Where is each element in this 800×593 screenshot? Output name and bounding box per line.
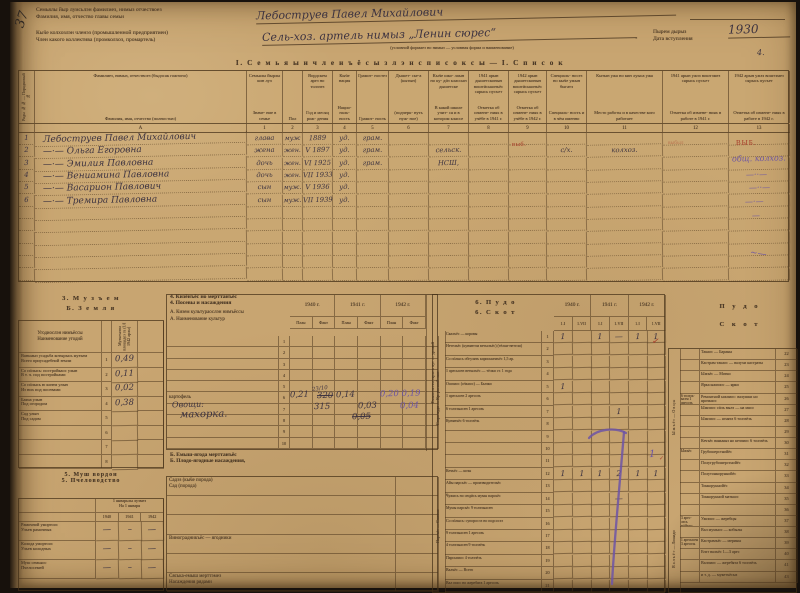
member-sex: жен. <box>283 145 303 158</box>
crop-cell <box>313 359 336 370</box>
member-col9 <box>509 219 547 232</box>
date-subcol: 1.VII <box>647 317 666 331</box>
crop-value: 0,03 <box>358 401 377 411</box>
catalog-category: Ужпиос — жеребцы <box>700 516 776 527</box>
count-1940-jan <box>554 480 573 493</box>
count-1941-jan <box>591 405 610 418</box>
member-col8 <box>469 231 509 244</box>
member-col8 <box>469 182 509 195</box>
crop-name <box>167 426 279 437</box>
bees-row-label: Рамочной умортоос Ульев рамочных <box>19 522 96 541</box>
crop-value: 315 <box>314 402 330 412</box>
member-speciality <box>547 182 587 195</box>
catalog-row-number: 33 <box>776 471 798 482</box>
land-row: 8 <box>19 455 163 470</box>
livestock-row-number: 18 <box>542 542 554 554</box>
catalog-row: Кастрам такаос — валухи кастраты 23 <box>680 360 798 371</box>
crop-cell <box>313 347 336 358</box>
land-row-label: Бакча улын Под огородом <box>19 397 102 412</box>
catalog-subgroup <box>680 360 700 371</box>
catalog-row: Ыжпиос — ягнята 6 толэзёзь 28 <box>680 416 798 427</box>
crop-value-purple: 0,20 0,19 <box>380 389 421 400</box>
crop-cell <box>403 415 426 426</box>
plan-fact-header: Факт <box>358 317 381 329</box>
members-header-row: Ряды №№ — Порядковый № Фамилиез, нимыз, … <box>19 71 788 124</box>
livestock-row-number: 2 <box>542 343 554 355</box>
crop-name <box>167 336 279 347</box>
land-header-label: Угодиослэн нимъёссы Наименование угодий <box>19 321 102 353</box>
member-birth: VII 1933 <box>303 170 333 183</box>
family-members-table: Ряды №№ — Порядковый № Фамилиез, нимыз, … <box>18 70 789 282</box>
count-1940-jan <box>554 517 573 530</box>
member-relation: дочь <box>247 157 283 170</box>
member-literacy: грам. <box>357 145 389 158</box>
garden-row-label: Виноградникъёс — ягодники <box>167 535 396 554</box>
catalog-row: Ыжъёс Грубошерстнойёс 31 <box>680 449 798 460</box>
crop-handwritten-name: махорка. <box>180 409 228 421</box>
member-nationality <box>333 232 357 245</box>
catalog-row-number: 26 <box>776 394 798 405</box>
member-ordinal <box>19 269 35 282</box>
member-row: 5 —·— Васарион Павлович сын муж. V 1936 … <box>19 182 788 194</box>
members-header-cells: Фамилиез, нимыз, отчествоез (быдэсак гож… <box>35 71 790 123</box>
garden-row: Сяська-емыш мерттэмез Насаждения рядами <box>167 573 437 592</box>
crop-cell <box>290 359 313 370</box>
livestock-row: Нетельёс (кунянтэм ветылъёс) (тёлки-нете… <box>445 343 666 355</box>
count-1940-jan <box>554 405 573 418</box>
land-row-extra <box>138 426 164 441</box>
land-row-value: 0,02 <box>112 382 138 397</box>
member-sex <box>283 219 303 232</box>
catalog-row: 6 толэзь- ысен 1 аресозь Ремонтной ыжпио… <box>680 394 798 405</box>
crop-cell <box>381 415 404 426</box>
members-header-cell: 1942 арын дышетсконын воштӥськонъёс сяры… <box>509 71 547 123</box>
livestock-row-label <box>445 431 542 443</box>
crop-value: 0,14 <box>336 390 355 400</box>
count-1940-jan <box>554 368 573 381</box>
member-relation <box>247 219 283 232</box>
collective-label: Кыӵе колхозлэн членэз (промышленной пред… <box>36 30 254 44</box>
catalog-row-number: 36 <box>776 505 798 516</box>
count-1942-jan <box>628 393 647 406</box>
count-1942-jan <box>628 356 647 369</box>
catalog-subgroup <box>680 505 700 516</box>
bees-section-title: 5. Муш вордон 5. Пчеловодство <box>18 472 164 484</box>
bees-value-1941: – <box>118 560 141 579</box>
member-ordinal: 3 <box>19 158 35 171</box>
crop-cell <box>358 336 381 347</box>
count-1940-jan <box>554 443 573 456</box>
livestock-row-number: 9 <box>542 431 554 443</box>
ditto-mark: —··— <box>749 183 770 192</box>
catalog-row: Полутонкоруннойёс 33 <box>680 471 798 482</box>
crop-row-number: 7 <box>279 404 290 415</box>
count-1942-jul <box>647 517 666 530</box>
members-list-band-title: I. С е м ь я ы н ч л е н ъ ё с ы з л э н… <box>120 59 680 67</box>
member-ordinal: 5 <box>19 182 35 195</box>
sheep-group-label: Ы ж ъ ё с — О в ц ы <box>672 357 677 477</box>
crop-cell <box>403 359 426 370</box>
count-1942-jul <box>647 356 666 369</box>
members-header-cell: 1941 арын ужзэ воштэмез сярысь пусъет От… <box>663 71 729 123</box>
member-nationality <box>333 244 357 257</box>
member-sex <box>283 269 303 282</box>
count-1940-jan: 1 <box>554 468 573 481</box>
catalog-category: Тонкорунной маткаос <box>700 494 776 505</box>
count-1940-jan <box>554 393 573 406</box>
crop-row-number: 3 <box>279 359 290 370</box>
land-row-extra <box>138 411 164 426</box>
crop-row-number: 4 <box>279 370 290 381</box>
catalog-rows: Такаос — Бараны 22 Кастрам такаос — валу… <box>680 349 798 583</box>
crop-row-number: 9 <box>279 426 290 437</box>
count-1940-jan <box>554 567 573 580</box>
livestock-row-number: 7 <box>542 406 554 418</box>
count-1940-jan: 1 <box>554 381 573 394</box>
members-header-cell: 1941 арын дышетсконын воштӥськонъёс сяры… <box>469 71 509 123</box>
member-col8 <box>469 256 509 269</box>
bees-table: 1 январьлы луэмез На 1 января 1940 1941 … <box>18 498 164 591</box>
livestock-row-number: 16 <box>542 518 554 530</box>
catalog-row: 3 арес- лэсь мӧйыос Ужпиос — жеребцы 37 <box>680 516 798 527</box>
member-relation: жена <box>247 145 283 158</box>
bees-years-row: 1940 1941 1942 <box>19 513 163 522</box>
join-date-value: 1930 <box>728 21 790 38</box>
livestock-row-number: 13 <box>542 480 554 492</box>
crop-cell <box>403 347 426 358</box>
crops-row: 9 <box>167 426 439 437</box>
livestock-row-label <box>445 443 542 455</box>
member-col12 <box>663 145 729 159</box>
member-nationality <box>333 219 357 232</box>
catalog-subgroup <box>680 405 700 416</box>
crop-cell <box>403 438 426 449</box>
livestock-row-label: Скалъёс — коровы <box>445 331 542 343</box>
member-col9 <box>509 256 547 269</box>
livestock-row-number: 20 <box>542 567 554 579</box>
crop-cell <box>403 426 426 437</box>
member-col9 <box>509 182 547 195</box>
member-sex <box>283 244 303 257</box>
catalog-row: Вал мумыос — кобылы 38 <box>680 527 798 538</box>
land-row-number: 3 <box>102 382 112 397</box>
land-row-number: 8 <box>102 455 112 470</box>
garden-section-title: Б. Емыш-ягода мерттанъёс Б. Плодо-ягодны… <box>170 452 434 464</box>
livestock-row-label: Мумы парсьёс 9 толэзьысен <box>445 505 542 517</box>
member-col12 <box>663 268 729 282</box>
member-row <box>19 232 788 244</box>
member-speciality <box>547 157 587 170</box>
catalog-row-number: 41 <box>776 560 798 571</box>
member-nationality <box>333 207 357 220</box>
catalog-row: Ярка ыжпиос — ярки 25 <box>680 382 798 393</box>
member-school <box>429 256 469 269</box>
member-col9 <box>509 194 547 207</box>
livestock-years-row: 1940 г. 1941 г. 1942 г. <box>554 295 666 317</box>
land-row-number: 4 <box>102 397 112 412</box>
crops-row: 1 <box>167 336 439 347</box>
member-ordinal <box>19 244 35 257</box>
catalog-row-number: 34 <box>776 483 798 494</box>
livestock-row-label: Кунянъёс 6 толэзёзь <box>445 418 542 430</box>
land-row-label: Со пӧлысь ю кизем улын Из них под посева… <box>19 382 102 397</box>
crop-cell <box>381 336 404 347</box>
member-ordinal <box>19 256 35 269</box>
member-literacy <box>357 231 389 244</box>
crop-cell <box>313 336 336 347</box>
member-nationality: уд. <box>333 170 357 183</box>
catalog-subgroup: 6 толэзь- ысен 1 аресозь <box>680 394 700 405</box>
crops-row: 3 <box>167 359 439 370</box>
count-1940-jan: 1 <box>554 331 573 344</box>
crops-year: 1941 г. <box>335 295 380 317</box>
member-nationality: уд. <box>333 145 357 158</box>
catalog-category: и т. д. — мукетъёсыз <box>700 572 776 583</box>
member-sex: муж. <box>283 195 303 208</box>
crop-row-number: 1 <box>279 336 290 347</box>
crop-cell <box>358 359 381 370</box>
land-row-value: 0,38 <box>112 396 138 411</box>
catalog-row-number: 23 <box>776 360 798 371</box>
column-number: 1 <box>247 124 283 133</box>
land-row-number: 1 <box>102 353 112 368</box>
member-speciality: с/х. <box>547 145 587 158</box>
catalog-row-number: 40 <box>776 549 798 560</box>
crop-cell <box>335 347 358 358</box>
land-row-label: Ваньмыз усадьба котырысь музъем Всего пр… <box>19 353 102 368</box>
count-1941-jul <box>610 381 629 394</box>
member-ordinal <box>19 219 35 232</box>
count-1942-jan: 1 <box>628 331 647 344</box>
catalog-subgroup <box>680 416 700 427</box>
livestock-row-label: Парсьпиос 4 толэзёзь <box>445 555 542 567</box>
purple-count-mark: 1 <box>649 449 656 460</box>
member-col6 <box>389 182 429 195</box>
crop-cell <box>335 370 358 381</box>
crops-table: 1940 г. 1941 г. 1942 г. ПланФактПланФакт… <box>166 294 438 450</box>
member-school <box>429 231 469 244</box>
members-header-cell: Семьялы йырлы кин луэ Значе- ние в семье <box>247 71 283 123</box>
bees-years-empty <box>19 513 96 522</box>
count-1940-jan <box>554 418 573 431</box>
column-number: 7 <box>429 124 469 133</box>
crop-cell <box>313 415 336 426</box>
crop-value: 0,21 <box>290 390 309 400</box>
column-number: 5 <box>357 124 389 133</box>
members-header-cell: Кытын ужа но кин луыса ужа Место работы … <box>587 71 663 123</box>
catalog-subgroup <box>680 471 700 482</box>
member-ordinal <box>19 207 35 220</box>
count-1940-jul <box>573 331 592 344</box>
member-relation: сын <box>247 182 283 195</box>
garden-row <box>167 496 437 515</box>
catalog-row: Ыжъёс — Матки 24 <box>680 371 798 382</box>
land-row: Ваньмыз усадьба котырысь музъем Всего пр… <box>19 353 163 368</box>
member-sex <box>283 232 303 245</box>
count-1941-jan <box>591 356 610 369</box>
date-subcol: 1.VII <box>573 317 592 331</box>
member-speciality <box>547 256 587 269</box>
catalog-row-number: 35 <box>776 494 798 505</box>
ditto-mark: — <box>752 211 760 220</box>
land-row: Бакча улын Под огородом 4 0,38 <box>19 397 163 412</box>
crops-row: 2 <box>167 347 439 358</box>
member-birth <box>303 219 333 232</box>
catalog-category: Полугрубошерстнойёс <box>700 460 776 471</box>
count-1940-jan <box>554 430 573 443</box>
garden-row-label: Сяська-емыш мерттэмез Насаждения рядами <box>167 573 396 592</box>
crop-name <box>167 381 279 392</box>
count-1942-jul <box>647 480 666 493</box>
members-rows: 1 Лебоструев Павел Михайлович глава муж … <box>19 133 788 281</box>
catalog-category: Кечъёс ваньмыз но кечпиос 6 толэзёзь <box>700 438 776 449</box>
crop-cell <box>290 336 313 347</box>
member-col6 <box>389 145 429 158</box>
land-header: Угодиослэн нимъёссы Наименование угодий … <box>19 321 163 353</box>
count-1940-jul <box>573 356 592 369</box>
crop-cell <box>335 426 358 437</box>
plan-fact-header: План <box>335 317 358 329</box>
plan-fact-header: План <box>381 317 404 329</box>
livestock-year: 1940 г. <box>554 295 591 317</box>
bees-row-label: Колода умортоос Ульев колодных <box>19 541 96 560</box>
livestock-row-number: 15 <box>542 505 554 517</box>
member-col6 <box>389 219 429 232</box>
count-1941-jul <box>610 356 629 369</box>
member-literacy <box>357 256 389 269</box>
count-1940-jan <box>554 580 573 593</box>
land-row-value <box>112 425 138 440</box>
catalog-category: Полутонкоруннойёс <box>700 471 776 482</box>
catalog-subgroup: Ыжъёс <box>680 449 700 460</box>
land-header-spacer2 <box>138 321 164 353</box>
member-birth <box>303 231 333 244</box>
livestock-row-number: 3 <box>542 356 554 368</box>
catalog-row: Тонкорунной маткаос 35 <box>680 494 798 505</box>
count-1941-jul <box>610 343 629 356</box>
bees-year: 1941 <box>119 513 142 522</box>
count-1942-jul <box>647 393 666 406</box>
livestock-row-number: 10 <box>542 443 554 455</box>
column-number: 8 <box>469 124 509 133</box>
catalog-subgroup <box>680 549 700 560</box>
catalog-row-number: 31 <box>776 449 798 460</box>
member-row: 3 —·— Эмилия Павловна дочь жен. VI 1925 … <box>19 158 788 170</box>
catalog-row: Ыжпиос сӥль вылэ — на мясо 27 <box>680 405 798 416</box>
member-sex: жен. <box>283 170 303 183</box>
catalog-row: 1 аресысен 3 аресозь Кастрамъёс — мерины… <box>680 538 798 549</box>
member-school: сельск. <box>429 145 469 158</box>
garden-row <box>167 515 437 534</box>
bees-year: 1940 <box>96 513 119 522</box>
member-col6 <box>389 268 429 281</box>
column-number: 9 <box>509 124 547 133</box>
count-1940-jan <box>554 505 573 518</box>
member-col6 <box>389 256 429 269</box>
catalog-row-number: 30 <box>776 438 798 449</box>
member-nationality: уд. <box>333 133 357 146</box>
date-subcol: 1.I <box>591 317 610 331</box>
member-col13 <box>729 219 790 233</box>
member-nationality <box>333 256 357 269</box>
crop-cell <box>381 347 404 358</box>
livestock-row: Скалъёс — коровы 1 1 1 — 1 1 <box>445 331 666 343</box>
member-col9 <box>509 231 547 244</box>
crop-cell <box>290 370 313 381</box>
member-school <box>429 219 469 232</box>
members-header-cell: Вордскем арез но толэзез Год и месяц рож… <box>303 71 333 123</box>
member-workplace: колхоз. <box>587 145 663 159</box>
catalog-row-number: 32 <box>776 460 798 471</box>
members-column-numbers-row: А12345678910111213 <box>19 124 788 133</box>
count-1941-jan <box>591 381 610 394</box>
catalog-subgroup: 1 аресысен 3 аресозь <box>680 538 700 549</box>
catalog-row-number: 38 <box>776 527 798 538</box>
member-nationality: уд. <box>333 182 357 195</box>
catalog-row-number: 43 <box>776 572 798 583</box>
catalog-row: и т. д. — мукетъёсыз 43 <box>680 572 798 583</box>
garden-row-label: Садэз (кыӵе порода) Сад (порода) <box>167 477 396 496</box>
member-relation: сын <box>247 194 283 207</box>
livestock-row-label: Кечъёс — козы <box>445 468 542 480</box>
member-col9 <box>509 157 547 170</box>
departed-note-faint: выбыл <box>668 140 684 146</box>
crop-value-purple: 0,04 <box>400 401 419 411</box>
member-ordinal: 6 <box>19 195 35 208</box>
livestock-row-label: Со пӧлысь: супоросэз но подсосэз <box>445 518 542 530</box>
garden-row: Виноградникъёс — ягодники <box>167 535 437 554</box>
catalog-subgroup <box>680 527 700 538</box>
catalog-subgroup <box>680 494 700 505</box>
crop-cell <box>381 438 404 449</box>
member-school <box>429 194 469 207</box>
catalog-subgroup <box>680 460 700 471</box>
livestock-row-label: Ошпиос (оӵкиос) — Бычки <box>445 381 542 393</box>
garden-row: Садэз (кыӵе порода) Сад (порода) <box>167 477 437 496</box>
bees-value-1942: — <box>141 522 164 541</box>
catalog-category <box>700 505 776 516</box>
member-school <box>429 182 469 195</box>
count-1942-jan <box>628 343 647 356</box>
member-sex: муж <box>283 133 303 146</box>
member-row <box>19 244 788 256</box>
pigs-group-label: Парсьёс — Свиньи <box>436 481 441 571</box>
column-number: 3 <box>303 124 333 133</box>
livestock-row-label: 1 аресысен ветылъёс — тёлки ст. 1 года <box>445 368 542 380</box>
crop-cell <box>290 438 313 449</box>
crop-handwritten-name: Овощи: <box>172 400 204 410</box>
scanned-household-register: { "header": { "corner_note": "37", "marg… <box>0 0 800 593</box>
crops-row: 4 <box>167 370 439 381</box>
catalog-table: Ы ж ъ ё с — О в ц ы В а л ъ ё с — Лошади… <box>668 348 797 593</box>
land-row-label <box>19 455 102 470</box>
livestock-row-label: 6 толэзьысен 1 аресозь <box>445 406 542 418</box>
count-1940-jan <box>554 530 573 543</box>
catalog-row: Полугрубошерстнойёс 32 <box>680 460 798 471</box>
member-literacy <box>357 268 389 281</box>
catalog-category <box>700 427 776 438</box>
livestock-row-label: Со пӧлысь обгулять кариськемъёс 1,5 ар. <box>445 356 542 368</box>
land-row-number: 7 <box>102 440 112 455</box>
bees-rows: Рамочной умортоос Ульев рамочных — – — К… <box>19 522 163 579</box>
count-1942-jul <box>647 405 666 418</box>
member-birth: V 1936 <box>303 182 333 195</box>
livestock-year: 1941 г. <box>591 295 628 317</box>
ordinal-number-column-header: Ряды №№ — Порядковый № <box>19 71 35 123</box>
count-1940-jan <box>554 542 573 555</box>
member-row <box>19 256 788 268</box>
plan-fact-header: Факт <box>403 317 426 329</box>
